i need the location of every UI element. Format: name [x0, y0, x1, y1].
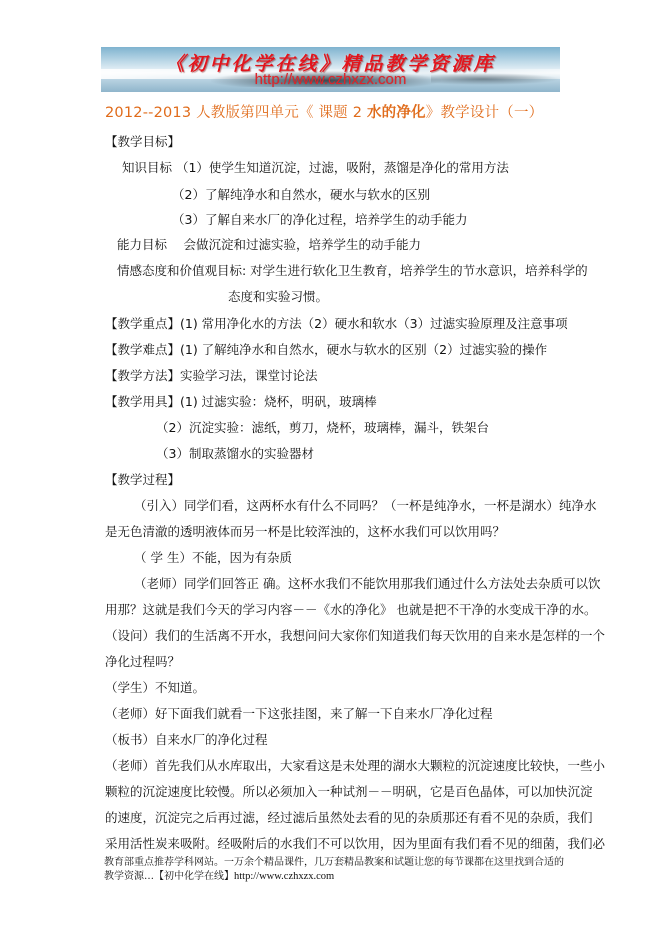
- text-line-knowledge-goal-2: （2）了解纯净水和自然水，硬水与软水的区别: [172, 187, 430, 203]
- text-line-knowledge-goal-3: （3）了解自来水厂的净化过程，培养学生的动手能力: [172, 212, 467, 228]
- text-line-goals-heading: 【教学目标】: [105, 134, 180, 150]
- text-line-tools-2: （2）沉淀实验：滤纸，剪刀，烧杯，玻璃棒，漏斗，铁架台: [156, 420, 489, 436]
- text-line-process-heading: 【教学过程】: [105, 472, 180, 488]
- text-line-teacher-2: （老师）好下面我们就看一下这张挂图，来了解一下自来水厂净化过程: [105, 706, 493, 722]
- title-topic: 水的净化: [367, 105, 426, 121]
- text-line-intro-1: （引入）同学们看，这两杯水有什么不同吗？（一杯是纯净水，一杯是湖水）纯净水: [134, 498, 597, 514]
- text-line-intro-2: 是无色清澈的透明液体而另一杯是比较浑浊的，这杯水我们可以饮用吗？: [105, 524, 505, 540]
- text-line-question-1b: 净化过程吗？: [105, 654, 180, 670]
- text-line-teacher-3a: （老师）首先我们从水库取出，大家看这是未处理的湖水大颗粒的沉淀速度比较快，一些小: [105, 758, 605, 774]
- header-banner: 《初中化学在线》精品教学资源库 http://www.czhxzx.com: [101, 47, 560, 92]
- banner-url[interactable]: http://www.czhxzx.com: [101, 71, 560, 88]
- text-line-ability-goal: 能力目标 会做沉淀和过滤实验，培养学生的动手能力: [117, 237, 421, 253]
- text-line-teacher-3b: 颗粒的沉淀速度比较慢。所以必须加入一种试剂－－明矾，它是百色晶体，可以加快沉淀: [105, 784, 593, 800]
- document-title: 2012--2013 人教版第四单元《 课题 2 水的净化》教学设计（一）: [105, 101, 565, 122]
- title-prefix: 2012--2013 人教版第四单元《 课题 2: [105, 105, 367, 121]
- text-line-teacher-3c: 的速度，沉淀完之后再过滤，经过滤后虽然处去看的见的杂质那还有看不见的杂质，我们: [105, 810, 593, 826]
- text-line-teacher-1a: （老师）同学们回答正 确。这杯水我们不能饮用那我们通过什么方法处去杂质可以饮: [134, 576, 600, 592]
- text-line-board-1: （板书）自来水厂的净化过程: [105, 732, 268, 748]
- footer-promo-line: 教育部重点推荐学科网站。一万余个精品课件，几万套精品教案和试题让您的每节课都在这…: [104, 856, 564, 869]
- text-line-tools-1: 【教学用具】(1) 过滤实验：烧杯，明矾，玻璃棒: [105, 394, 377, 410]
- text-line-key-points: 【教学重点】(1) 常用净化水的方法（2）硬水和软水（3）过滤实验原理及注意事项: [105, 316, 568, 332]
- text-line-student-2: （学生）不知道。: [105, 680, 205, 696]
- footer-source-line: 教学资源…【初中化学在线】http://www.czhxzx.com: [104, 870, 334, 883]
- text-line-knowledge-goal-1: 知识目标 （1）使学生知道沉淀，过滤，吸附，蒸馏是净化的常用方法: [122, 160, 509, 176]
- text-line-teacher-3d: 采用活性炭来吸附。经吸附后的水我们不可以饮用，因为里面有我们看不见的细菌，我们必: [105, 836, 605, 852]
- text-line-teacher-1b: 用那？这就是我们今天的学习内容－－《水的净化》 也就是把不干净的水变成干净的水。: [105, 602, 596, 618]
- text-line-difficult-points: 【教学难点】(1) 了解纯净水和自然水，硬水与软水的区别（2）过滤实验的操作: [105, 342, 547, 358]
- title-suffix: 》教学设计（一）: [426, 105, 544, 121]
- text-line-tools-3: （3）制取蒸馏水的实验器材: [156, 446, 314, 462]
- text-line-student-1: （ 学 生）不能，因为有杂质: [134, 550, 292, 566]
- text-line-methods: 【教学方法】实验学习法，课堂讨论法: [105, 368, 318, 384]
- text-line-question-1a: （设问）我们的生活离不开水，我想问问大家你们知道我们每天饮用的自来水是怎样的一个: [105, 628, 605, 644]
- footer-source-text: 教学资源…【初中化学在线】: [104, 871, 234, 882]
- footer-link[interactable]: http://www.czhxzx.com: [234, 871, 334, 882]
- text-line-attitude-goal-2: 态度和实验习惯。: [228, 289, 328, 305]
- text-line-attitude-goal-1: 情感态度和价值观目标: 对学生进行软化卫生教育，培养学生的节水意识，培养科学的: [117, 263, 588, 279]
